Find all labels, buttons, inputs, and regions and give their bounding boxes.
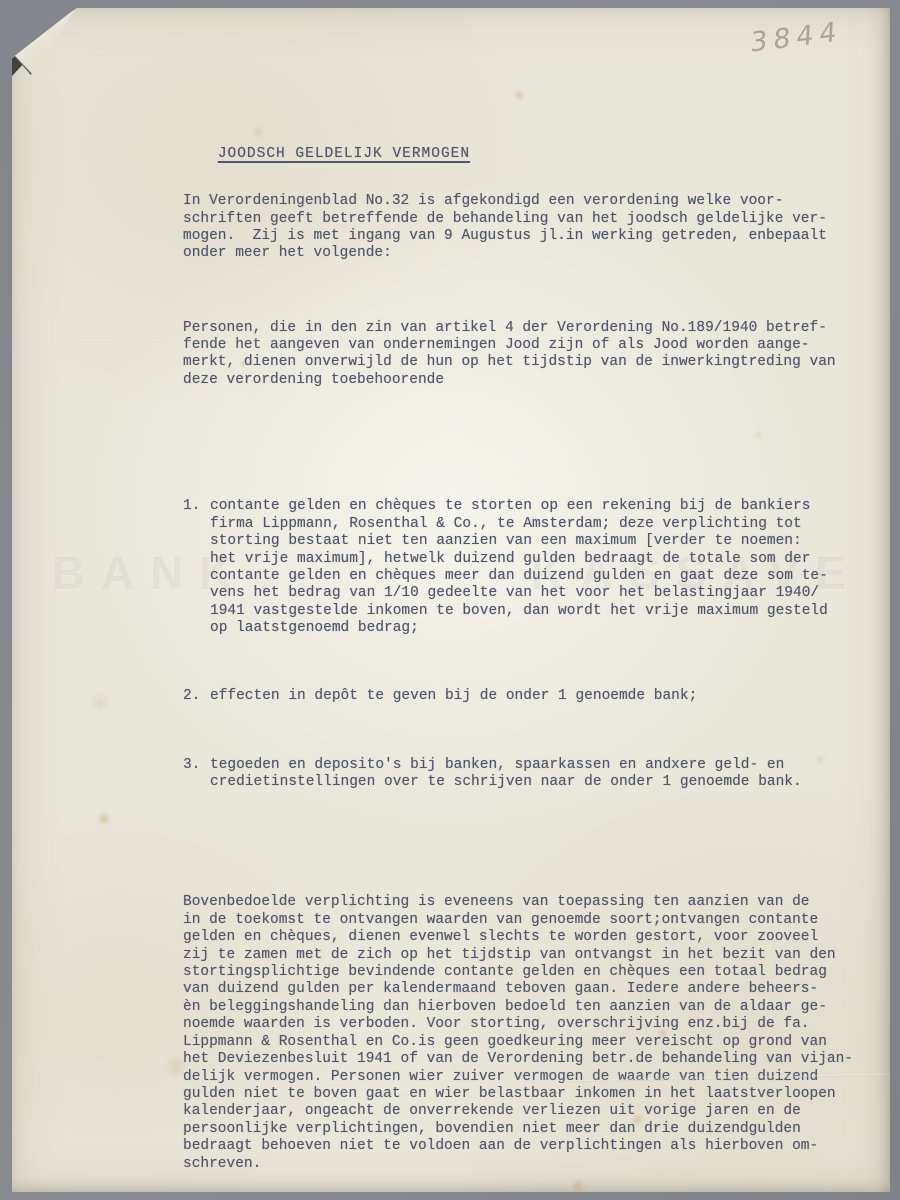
scan-background: { "scan": { "handwritten_number": "3844"…	[0, 0, 900, 1200]
list-item-3: 3. tegoeden en deposito's bij banken, sp…	[183, 757, 883, 792]
intro-paragraph-1: In Verordeningenblad No.32 is afgekondig…	[183, 193, 883, 263]
closing-paragraph: Bovenbedoelde verplichting is eveneens v…	[183, 894, 883, 1173]
folded-corner	[12, 8, 84, 78]
list-item-1: 1. contante gelden en chèques te storten…	[183, 498, 883, 637]
document-title: JOODSCH GELDELIJK VERMOGEN	[218, 146, 470, 163]
intro-paragraph-2: Personen, die in den zin van artikel 4 d…	[183, 320, 883, 390]
list-text-3: tegoeden en deposito's bij banken, spaar…	[210, 757, 802, 792]
list-text-1: contante gelden en chèques te storten op…	[210, 498, 828, 637]
list-marker-2: 2.	[183, 688, 210, 705]
typewritten-text: JOODSCH GELDELIJK VERMOGEN In Verordenin…	[183, 129, 883, 1192]
list-item-2: 2. effecten in depôt te geven bij de ond…	[183, 688, 883, 705]
numbered-list: 1. contante gelden en chèques te storten…	[183, 464, 883, 843]
document-page: 3844 BANK KASSAVE JOODSCH GELDELIJK VERM…	[12, 8, 890, 1192]
list-marker-1: 1.	[183, 498, 210, 637]
stain	[513, 89, 525, 101]
list-marker-3: 3.	[183, 757, 210, 792]
stain	[90, 692, 110, 712]
handwritten-archive-number: 3844	[750, 16, 844, 59]
stain	[97, 812, 111, 826]
list-text-2: effecten in depôt te geven bij de onder …	[210, 688, 697, 705]
